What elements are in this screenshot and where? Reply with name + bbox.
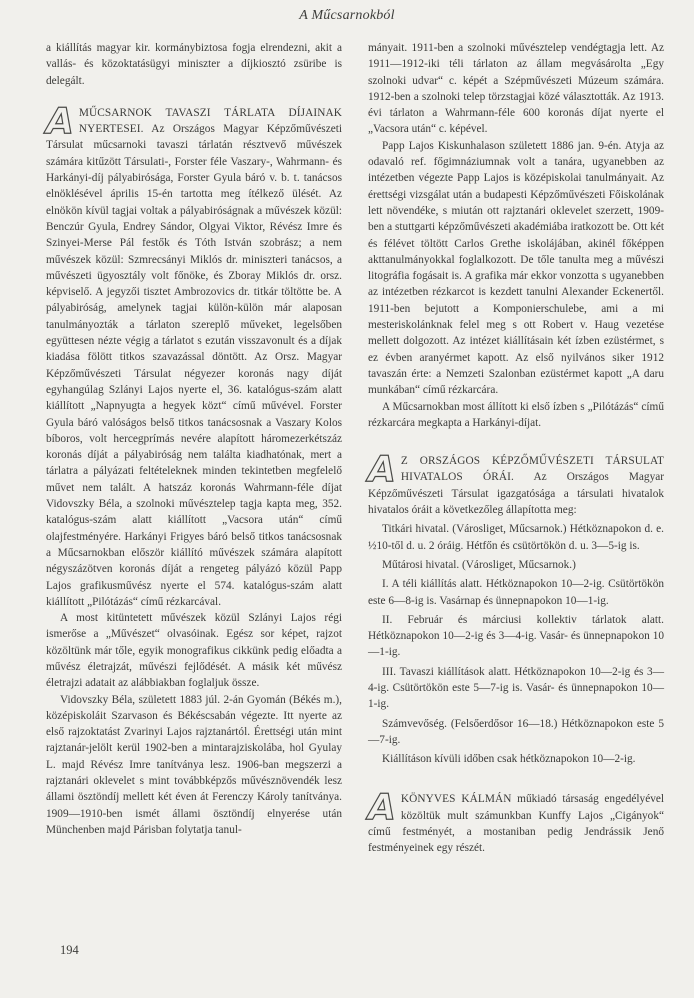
hours-item: Kiállításon kívüli időben csak hétköznap… [368, 751, 664, 767]
section-heading: KÖNYVES KÁLMÁN [401, 793, 512, 805]
section-paragraph: AMŰCSARNOK TAVASZI TÁRLATA DÍJAINAK NYER… [46, 105, 342, 610]
magazine-page: A Műcsarnokból a kiállítás magyar kir. k… [0, 0, 694, 998]
section-body: Az Országos Magyar Képzőművészeti Társul… [46, 123, 342, 608]
left-column: a kiállítás magyar kir. kormánybiztosa f… [46, 40, 342, 838]
paragraph-harkanyi: A Műcsarnokban most állított ki első ízb… [368, 399, 664, 432]
dropcap-letter: A [46, 107, 74, 137]
right-column: mányait. 1911-ben a szolnoki művésztelep… [368, 40, 664, 857]
paragraph-artists: A most kitüntetett művészek közül Szlány… [46, 610, 342, 691]
paragraph-vidovszky: Vidovszky Béla, született 1883 júl. 2-án… [46, 692, 342, 839]
hours-item: Titkári hivatal. (Városliget, Műcsarnok.… [368, 521, 664, 554]
section-konyves-kalman: AKÖNYVES KÁLMÁN műkiadó társaság engedél… [368, 791, 664, 856]
hours-item: I. A téli kiállítás alatt. Hétköznapokon… [368, 576, 664, 609]
hours-item: II. Február és márciusi kollektiv tárlat… [368, 612, 664, 661]
continuation-paragraph: mányait. 1911-ben a szolnoki művésztelep… [368, 40, 664, 138]
page-number: 194 [60, 943, 79, 958]
dropcap-letter: A [368, 793, 396, 823]
paragraph-papp: Papp Lajos Kiskunhalason született 1886 … [368, 138, 664, 399]
hours-item: Számvevőség. (Felsőerdősor 16—18.) Hétkö… [368, 716, 664, 749]
running-title: A Műcsarnokból [0, 8, 694, 24]
dropcap-letter: A [368, 455, 396, 485]
hours-item: III. Tavaszi kiállítások alatt. Hétközna… [368, 664, 664, 713]
intro-paragraph: a kiállítás magyar kir. kormánybiztosa f… [46, 40, 342, 89]
hours-item: Műtárosi hivatal. (Városliget, Műcsarnok… [368, 557, 664, 573]
section-hivatalos-orai: AZ ORSZÁGOS KÉPZŐMŰVÉSZETI TÁRSULAT HIVA… [368, 453, 664, 767]
section-paragraph: AKÖNYVES KÁLMÁN műkiadó társaság engedél… [368, 791, 664, 856]
section-paragraph: AZ ORSZÁGOS KÉPZŐMŰVÉSZETI TÁRSULAT HIVA… [368, 453, 664, 518]
section-tavaszi-tarlat: AMŰCSARNOK TAVASZI TÁRLATA DÍJAINAK NYER… [46, 105, 342, 838]
